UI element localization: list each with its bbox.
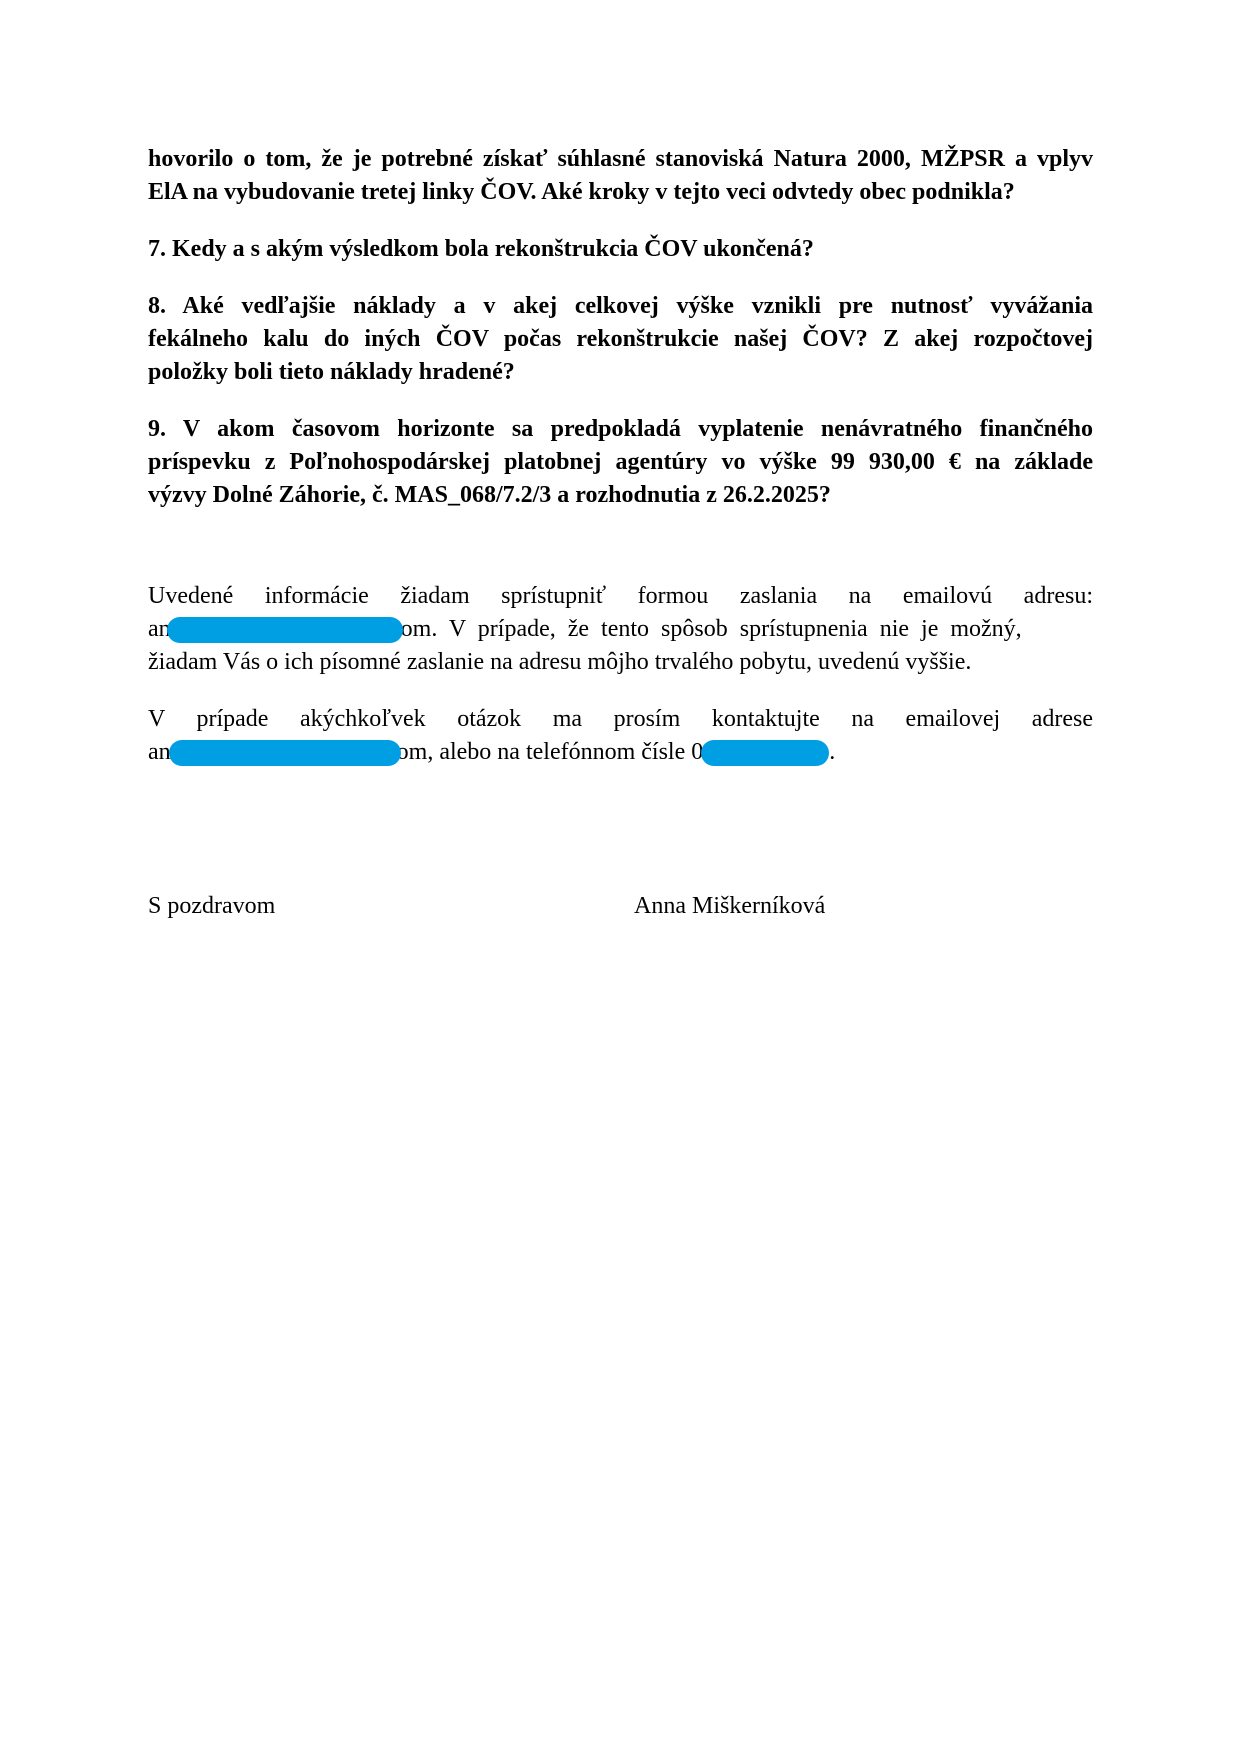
redacted-email [167, 617, 403, 643]
text-line: 7. Kedy a s akým výsledkom bola rekonštr… [148, 233, 1093, 266]
contact-paragraph: V prípade akýchkoľvek otázok ma prosím k… [148, 703, 1093, 769]
request-paragraph: Uvedené informácie žiadam sprístupniť fo… [148, 580, 1093, 679]
text-line: výzvy Dolné Záhorie, č. MAS_068/7.2/3 a … [148, 479, 1093, 512]
text-line: V prípade akýchkoľvek otázok ma prosím k… [148, 703, 1093, 736]
text-line: anom. V prípade, že tento spôsob sprístu… [148, 613, 1093, 646]
paragraph-intro: hovorilo o tom, že je potrebné získať sú… [148, 143, 1093, 209]
text-line: 9. V akom časovom horizonte sa predpokla… [148, 413, 1093, 446]
question-8: 8. Aké vedľajšie náklady a v akej celkov… [148, 290, 1093, 389]
text-line: Uvedené informácie žiadam sprístupniť fo… [148, 580, 1093, 613]
text-line: anom, alebo na telefónnom čísle 0. [148, 736, 1093, 769]
text-line: ElA na vybudovanie tretej linky ČOV. Aké… [148, 176, 1093, 209]
text-fragment: om, alebo na telefónnom čísle 0 [397, 739, 704, 765]
text-line: hovorilo o tom, že je potrebné získať sú… [148, 143, 1093, 176]
text-fragment: om. V prípade, že tento spôsob sprístupn… [401, 616, 1022, 642]
document-page: hovorilo o tom, že je potrebné získať sú… [0, 0, 1241, 1755]
text-line: žiadam Vás o ich písomné zaslanie na adr… [148, 646, 1093, 679]
document-body: hovorilo o tom, že je potrebné získať sú… [148, 143, 1093, 769]
text-line: 8. Aké vedľajšie náklady a v akej celkov… [148, 290, 1093, 323]
question-7: 7. Kedy a s akým výsledkom bola rekonštr… [148, 233, 1093, 266]
redacted-email [169, 740, 401, 766]
text-fragment: . [829, 739, 835, 765]
question-9: 9. V akom časovom horizonte sa predpokla… [148, 413, 1093, 512]
closing-greeting: S pozdravom [148, 890, 275, 923]
signature-name: Anna Miškerníková [634, 890, 825, 923]
text-line: položky boli tieto náklady hradené? [148, 356, 1093, 389]
text-line: príspevku z Poľnohospodárskej platobnej … [148, 446, 1093, 479]
redacted-phone [701, 740, 829, 766]
text-line: fekálneho kalu do iných ČOV počas rekonš… [148, 323, 1093, 356]
email-prefix: an [148, 739, 171, 765]
